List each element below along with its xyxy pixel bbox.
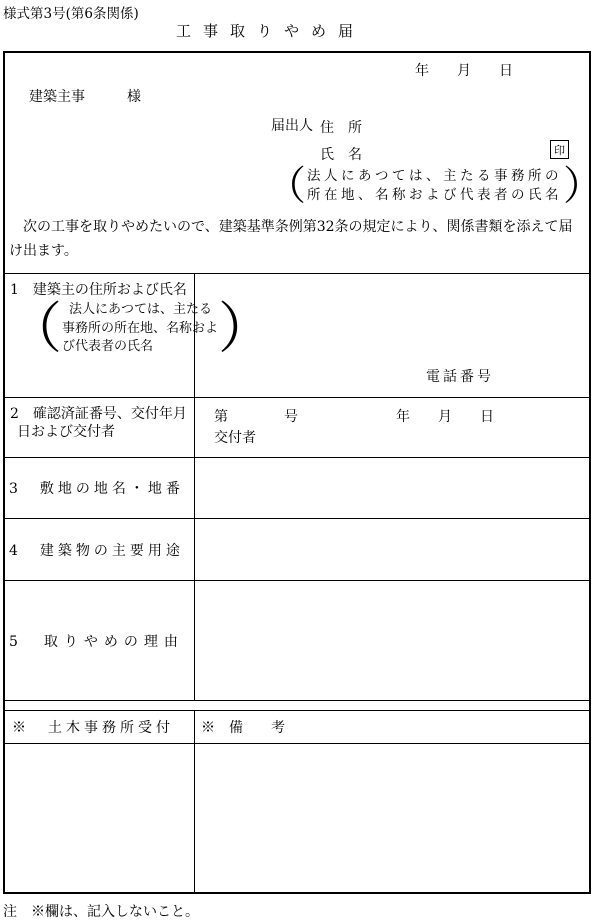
construction-cancellation-form: { "form": { "code": "様式第3号(第6条関係)", "tit… xyxy=(0,0,593,922)
address-label: 住 所 xyxy=(320,115,362,142)
notifier-block: 届出人 住 所 氏 名 xyxy=(271,115,362,169)
seal-mark-icon: 印 xyxy=(550,140,569,159)
corporate-note: （ 法人にあつては、主たる事務所の 所在地、名称および代表者の氏名 ） xyxy=(266,166,593,206)
row1-label-cell: 1 建築主の住所および氏名 （ 法人にあつては、主たる 事務所の所在地、名称およ… xyxy=(5,274,195,397)
notifier-fields: 住 所 氏 名 xyxy=(320,115,362,169)
issuer-line: 交付者 xyxy=(214,428,589,449)
remarks-header-row: ※ 土木事務所受付 ※ 備 考 xyxy=(5,710,589,743)
phone-number-label: 電話番号 xyxy=(426,366,494,386)
row4-label: 4 建築物の主要用途 xyxy=(9,540,184,560)
corporate-note-line: 所在地、名称および代表者の氏名 xyxy=(307,186,562,205)
office-receipt-label-cell: ※ 土木事務所受付 xyxy=(5,711,195,743)
open-paren-icon: （ xyxy=(7,301,62,356)
header-section: 年 月 日 建築主事 様 届出人 住 所 氏 名 印 （ 法人にあつては、主たる… xyxy=(5,53,589,273)
close-paren-icon: ） xyxy=(563,166,593,206)
office-receipt-label: ※ 土木事務所受付 xyxy=(9,717,174,737)
table-row-2-certificate: 2 確認済証番号、交付年月日および交付者 第 号 年 月 日 交付者 xyxy=(5,397,589,457)
row4-label-cell: 4 建築物の主要用途 xyxy=(5,519,195,580)
corporate-note-text: 法人にあつては、主たる事務所の 所在地、名称および代表者の氏名 xyxy=(306,167,563,205)
row4-value-cell xyxy=(195,519,589,580)
addressee: 建築主事 様 xyxy=(29,86,141,106)
row5-label: 5 取りやめの理由 xyxy=(9,631,184,651)
certificate-number-line: 第 号 年 月 日 xyxy=(214,407,589,428)
row5-label-cell: 5 取りやめの理由 xyxy=(5,581,195,700)
footnote: 注 ※欄は、記入しないこと。 xyxy=(3,901,199,921)
declaration-text: 次の工事を取りやめたいので、建築基準条例第32条の規定により、関係書類を添えて届… xyxy=(9,215,585,263)
remarks-label-cell: ※ 備 考 xyxy=(195,711,589,743)
notifier-label: 届出人 xyxy=(271,115,313,169)
table-row-5-reason: 5 取りやめの理由 xyxy=(5,580,589,700)
table-row-3-site: 3 敷地の地名・地番 xyxy=(5,457,589,518)
remarks-label: ※ 備 考 xyxy=(195,717,285,737)
row3-value-cell xyxy=(195,458,589,518)
row3-label-cell: 3 敷地の地名・地番 xyxy=(5,458,195,518)
row2-label-cell: 2 確認済証番号、交付年月日および交付者 xyxy=(5,398,195,457)
page-title: 工事取りやめ届 xyxy=(176,20,365,41)
form-box: 年 月 日 建築主事 様 届出人 住 所 氏 名 印 （ 法人にあつては、主たる… xyxy=(3,51,591,894)
form-code: 様式第3号(第6条関係) xyxy=(3,2,139,22)
row2-label: 2 確認済証番号、交付年月日および交付者 xyxy=(9,405,190,441)
row3-label: 3 敷地の地名・地番 xyxy=(9,478,184,498)
row1-corporate-note: （ 法人にあつては、主たる 事務所の所在地、名称およ び代表者の氏名 ） xyxy=(7,301,190,357)
table-row-1-owner: 1 建築主の住所および氏名 （ 法人にあつては、主たる 事務所の所在地、名称およ… xyxy=(5,273,589,397)
name-label: 氏 名 xyxy=(320,142,362,169)
row2-value-cell: 第 号 年 月 日 交付者 xyxy=(195,398,589,457)
open-paren-icon: （ xyxy=(266,166,306,206)
table-row-4-use: 4 建築物の主要用途 xyxy=(5,518,589,580)
office-receipt-entry-cell xyxy=(5,744,195,892)
corporate-note-line: 法人にあつては、主たる事務所の xyxy=(307,167,562,186)
row5-value-cell xyxy=(195,581,589,700)
row1-value-cell: 電話番号 xyxy=(195,274,589,397)
date-field: 年 月 日 xyxy=(415,60,513,80)
remarks-entry-cell xyxy=(195,744,589,892)
double-line-separator xyxy=(5,700,589,710)
remarks-entry-row xyxy=(5,743,589,892)
